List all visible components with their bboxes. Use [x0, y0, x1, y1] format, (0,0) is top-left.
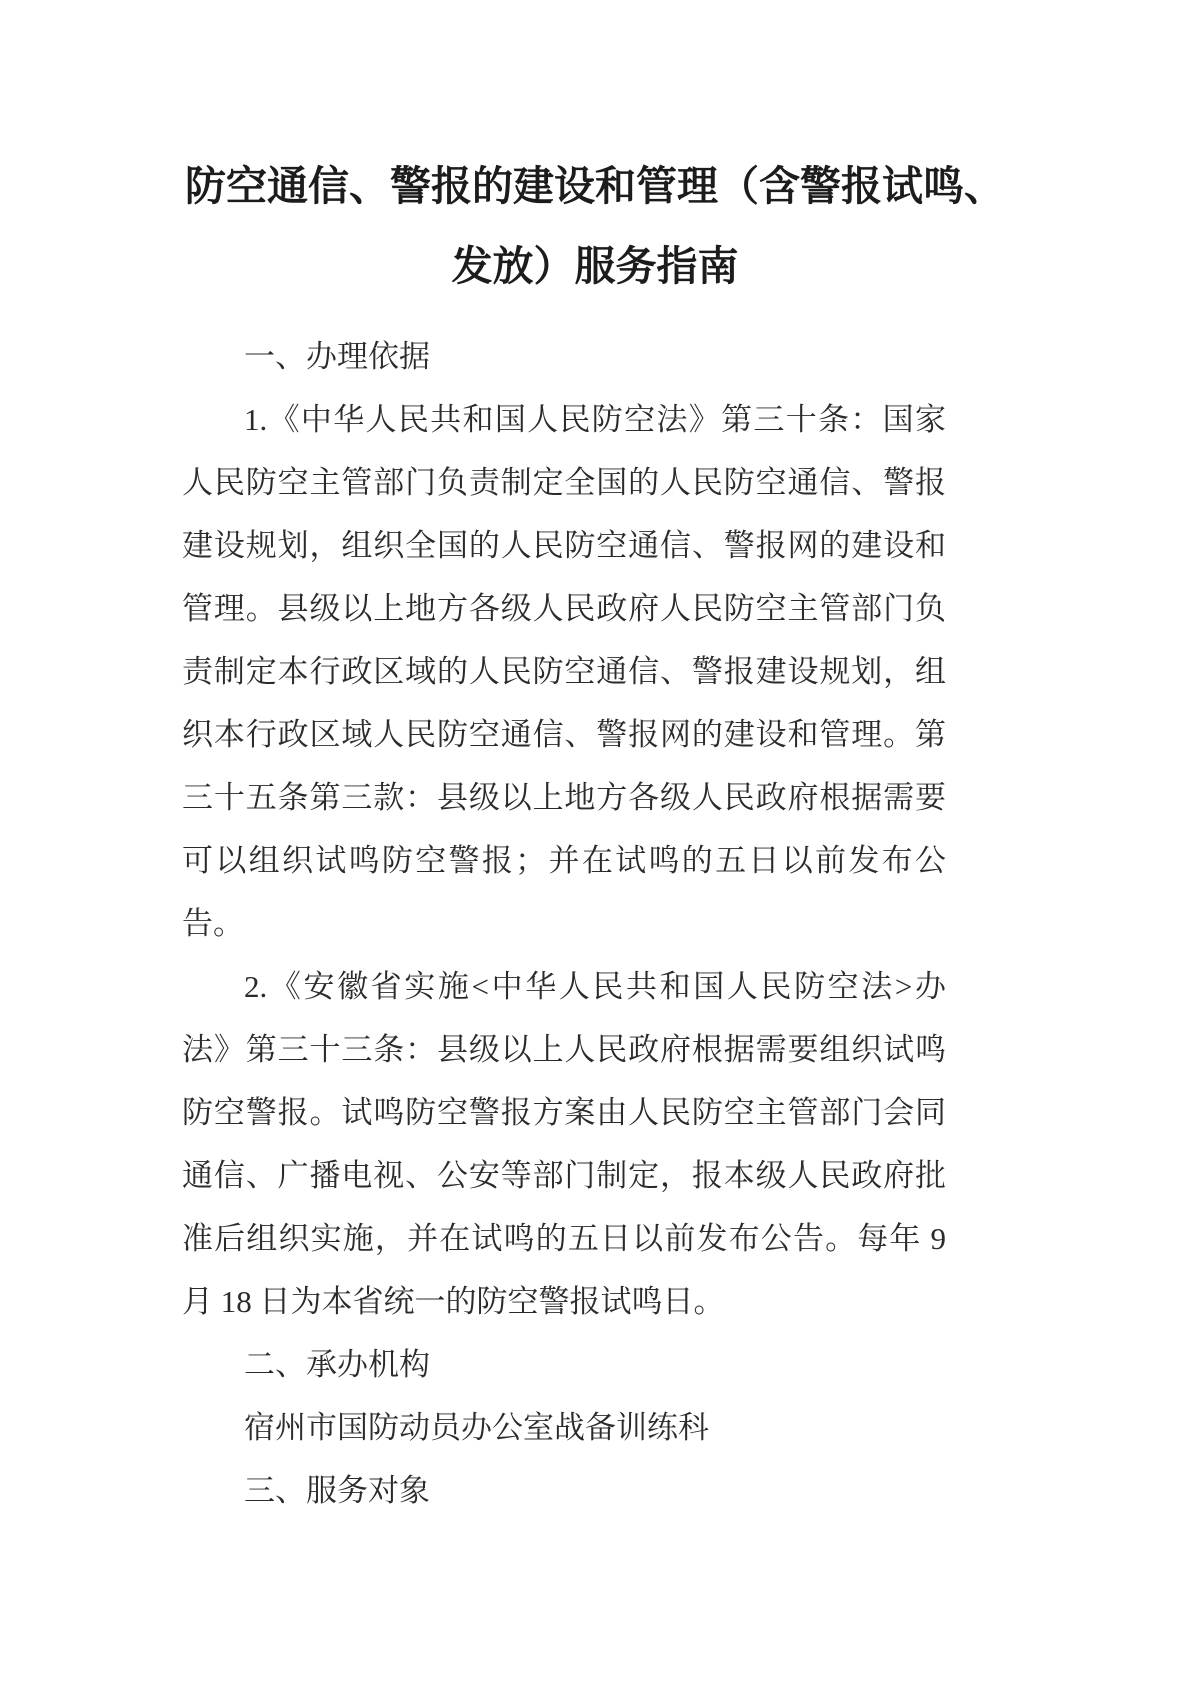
body-line: 责制定本行政区域的人民防空通信、警报建设规划，组	[182, 640, 946, 703]
body-line: 1.《中华人民共和国人民防空法》第三十条：国家	[182, 388, 946, 451]
body-line: 建设规划，组织全国的人民防空通信、警报网的建设和	[182, 514, 946, 577]
document-title: 防空通信、警报的建设和管理（含警报试鸣、 发放）服务指南	[0, 146, 1190, 306]
body-line: 防空警报。试鸣防空警报方案由人民防空主管部门会同	[182, 1081, 946, 1144]
section-heading-1: 一、办理依据	[182, 325, 946, 388]
document-title-line-1: 防空通信、警报的建设和管理（含警报试鸣、	[0, 146, 1190, 226]
document-page: 防空通信、警报的建设和管理（含警报试鸣、 发放）服务指南 一、办理依据 1.《中…	[0, 0, 1190, 1683]
body-line: 通信、广播电视、公安等部门制定，报本级人民政府批	[182, 1144, 946, 1207]
body-line: 织本行政区域人民防空通信、警报网的建设和管理。第	[182, 703, 946, 766]
body-line: 管理。县级以上地方各级人民政府人民防空主管部门负	[182, 577, 946, 640]
document-title-line-2: 发放）服务指南	[0, 226, 1190, 306]
section-heading-2: 二、承办机构	[182, 1333, 946, 1396]
body-line: 人民防空主管部门负责制定全国的人民防空通信、警报	[182, 451, 946, 514]
body-line: 月 18 日为本省统一的防空警报试鸣日。	[182, 1270, 946, 1333]
body-line: 宿州市国防动员办公室战备训练科	[182, 1396, 946, 1459]
body-line: 法》第三十三条：县级以上人民政府根据需要组织试鸣	[182, 1018, 946, 1081]
body-line: 告。	[182, 892, 946, 955]
body-line: 准后组织实施，并在试鸣的五日以前发布公告。每年 9	[182, 1207, 946, 1270]
document-body: 一、办理依据 1.《中华人民共和国人民防空法》第三十条：国家 人民防空主管部门负…	[182, 325, 946, 1522]
section-heading-3: 三、服务对象	[182, 1459, 946, 1522]
body-line: 2.《安徽省实施<中华人民共和国人民防空法>办	[182, 955, 946, 1018]
body-line: 可以组织试鸣防空警报；并在试鸣的五日以前发布公	[182, 829, 946, 892]
body-line: 三十五条第三款：县级以上地方各级人民政府根据需要	[182, 766, 946, 829]
